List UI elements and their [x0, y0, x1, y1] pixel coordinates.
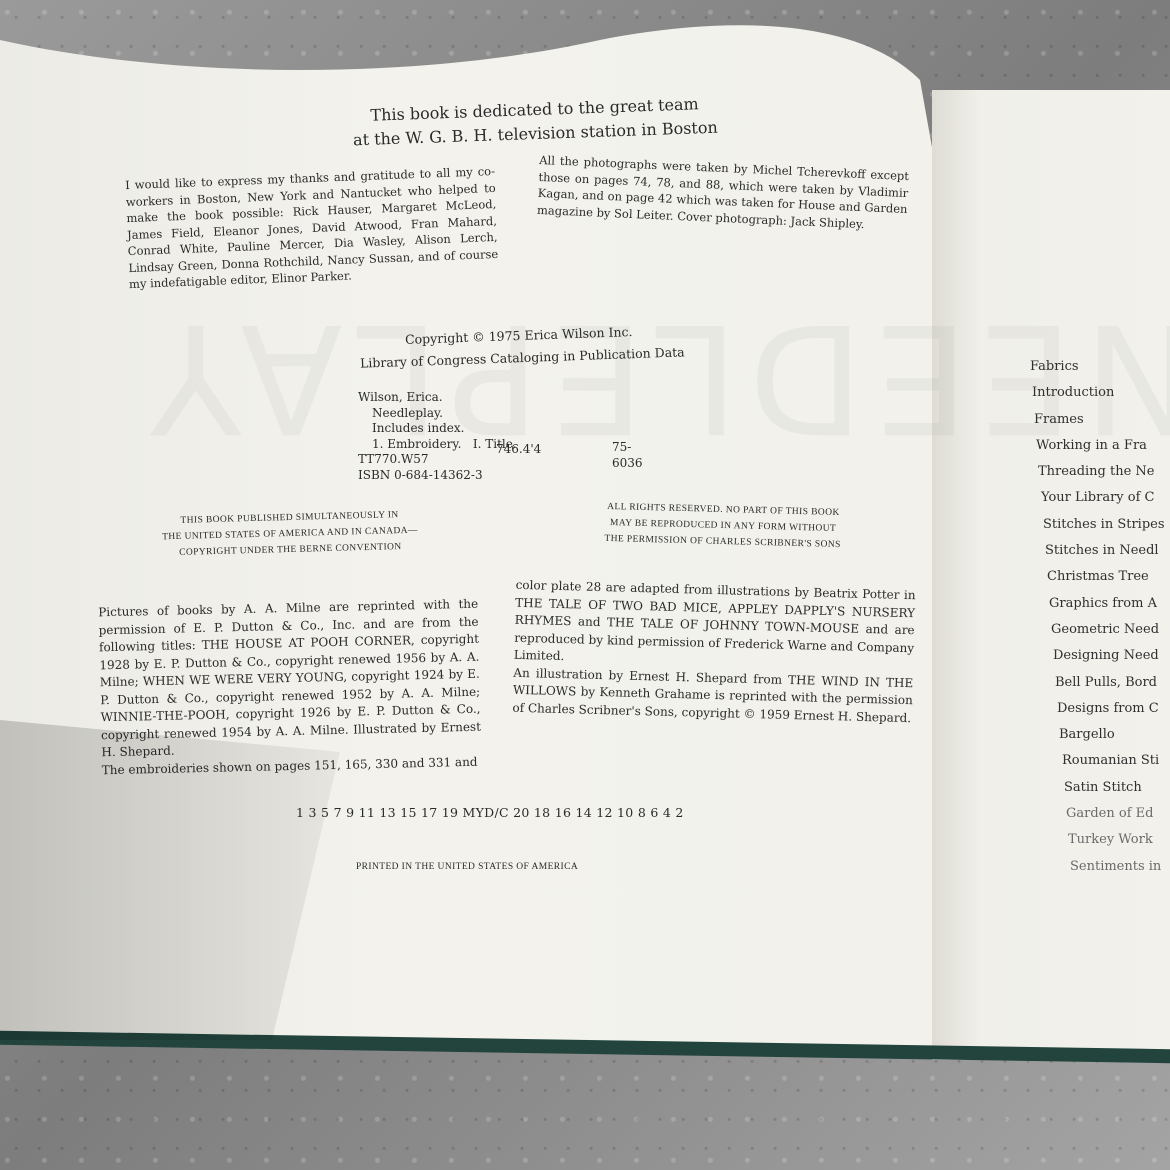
publication-notice: This book published simultaneously in th… — [149, 506, 430, 561]
cip-title: Needleplay. — [358, 406, 517, 422]
acknowledgements: I would like to express my thanks and gr… — [125, 163, 499, 293]
cip-lccn: 75-6036 — [612, 440, 643, 471]
toc-entry: Stitches in Stripes — [1030, 512, 1170, 538]
toc-entry: Roumanian Sti — [1030, 748, 1170, 774]
toc-entry: Bell Pulls, Bord — [1030, 670, 1170, 696]
toc-entry: Geometric Need — [1030, 617, 1170, 643]
cip-subjects: 1. Embroidery. I. Title. — [358, 437, 517, 453]
toc-entry: Sentiments in — [1030, 854, 1170, 880]
toc-entry: Introduction — [1030, 380, 1170, 406]
shepard-credit: An illustration by Ernest H. Shepard fro… — [512, 664, 913, 727]
cip-isbn: ISBN 0-684-14362-3 — [358, 468, 517, 484]
cip-call-number: TT770.W57 — [358, 452, 517, 468]
printed-in: Printed in the United States of America — [356, 862, 578, 872]
toc-entry: Graphics from A — [1030, 591, 1170, 617]
toc-entry: Christmas Tree — [1030, 564, 1170, 590]
cataloging-block: Wilson, Erica. Needleplay. Includes inde… — [358, 390, 517, 483]
toc-entry: Working in a Fra — [1030, 433, 1170, 459]
toc-entry: Satin Stitch — [1030, 775, 1170, 801]
potter-credit-block: color plate 28 are adapted from illustra… — [512, 577, 916, 727]
toc-entry: Bargello — [1030, 722, 1170, 748]
toc-entry: Designs from C — [1030, 696, 1170, 722]
toc-entry: Stitches in Needl — [1030, 538, 1170, 564]
cip-note: Includes index. — [358, 421, 517, 437]
toc-entry: Your Library of C — [1030, 485, 1170, 511]
table-of-contents: FabricsIntroductionFramesWorking in a Fr… — [1030, 354, 1170, 880]
cip-dewey: 746.4'4 — [496, 442, 541, 458]
rights-notice: All rights reserved. No part of this boo… — [577, 498, 868, 554]
toc-entry: Threading the Ne — [1030, 459, 1170, 485]
show-through-title: NEEDLEPLAY — [140, 290, 1170, 464]
toc-entry: Designing Need — [1030, 643, 1170, 669]
toc-entry: Garden of Ed — [1030, 801, 1170, 827]
cip-author: Wilson, Erica. — [358, 390, 517, 406]
cip-subject: 1. Embroidery. — [372, 437, 461, 451]
potter-credit: color plate 28 are adapted from illustra… — [514, 577, 916, 675]
toc-entry: Turkey Work — [1030, 827, 1170, 853]
toc-entry: Frames — [1030, 407, 1170, 433]
printing-line: 1 3 5 7 9 11 13 15 17 19 MYD/C 20 18 16 … — [296, 805, 684, 820]
toc-entry: Fabrics — [1030, 354, 1170, 380]
